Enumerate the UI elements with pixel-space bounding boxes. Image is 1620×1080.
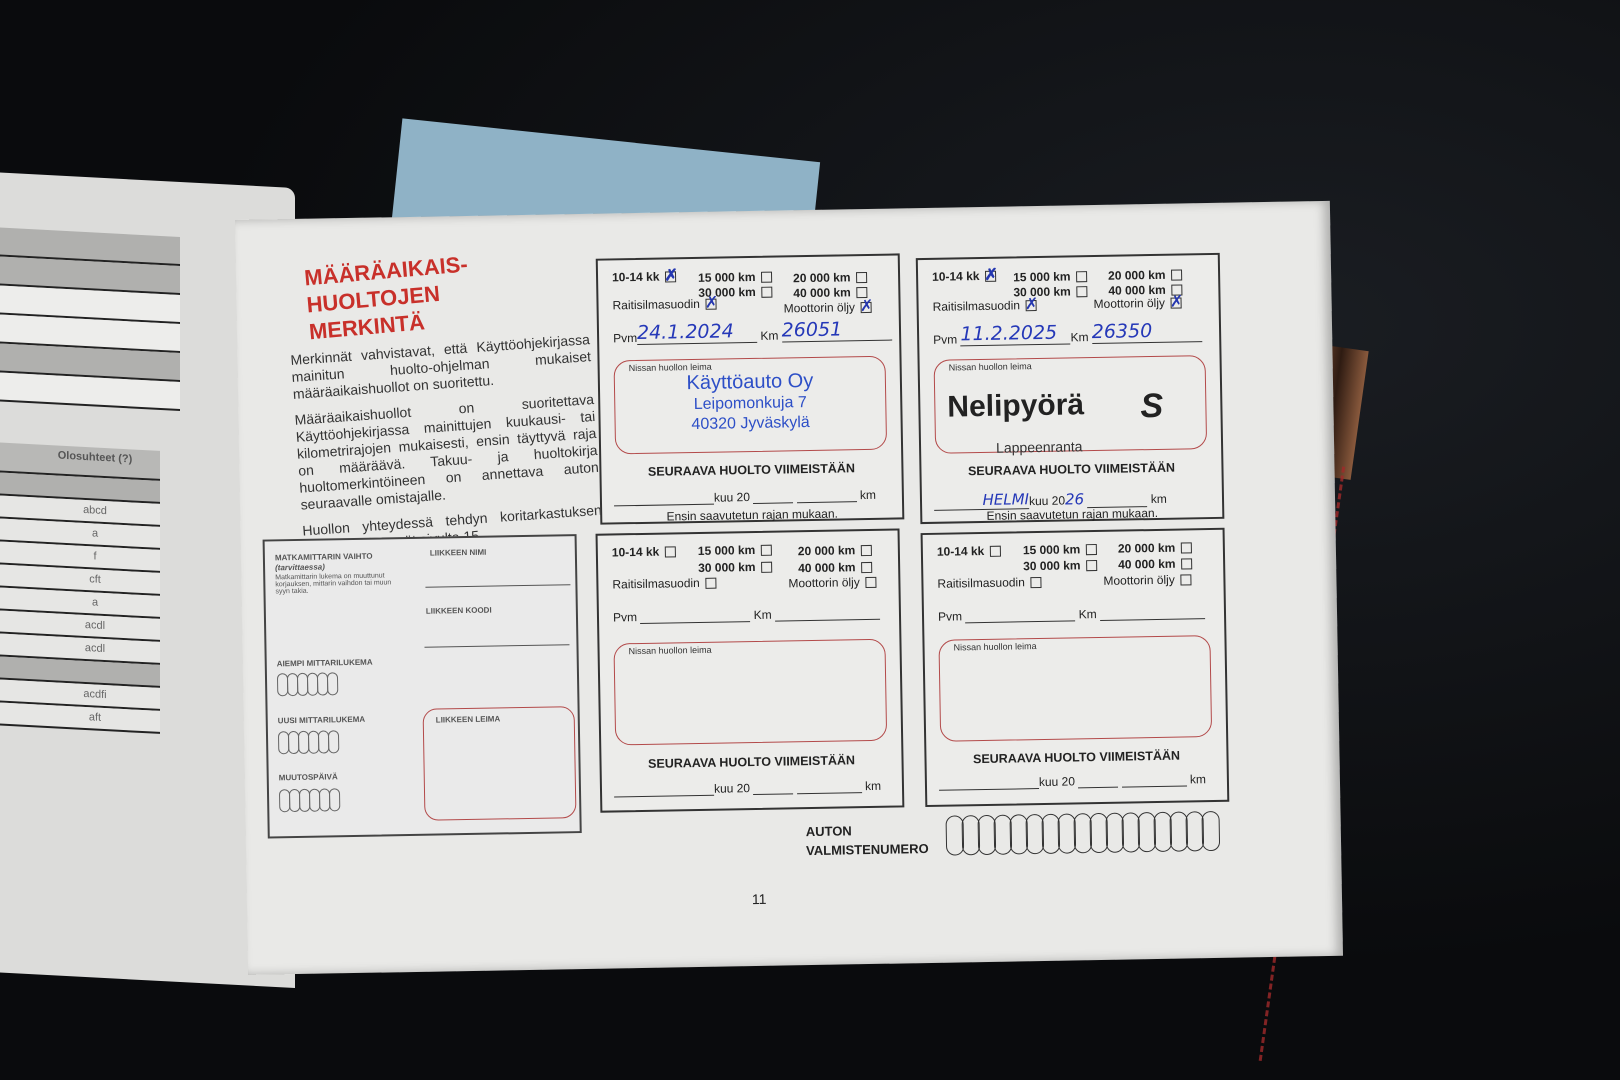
date-field[interactable]: 24.1.2024 bbox=[637, 320, 757, 345]
dealer-stamp: Nissan huollon leima bbox=[613, 639, 887, 746]
date-field[interactable] bbox=[965, 620, 1075, 623]
checkbox-oil[interactable] bbox=[1181, 575, 1192, 586]
dealer-stamp: Nissan huollon leima Käyttöauto Oy Leipo… bbox=[614, 356, 888, 455]
page-number: 11 bbox=[752, 891, 767, 907]
checkbox-air-filter[interactable] bbox=[706, 578, 717, 589]
dealer-stamp: Nissan huollon leima Nelipyörä S Lappeen… bbox=[934, 355, 1208, 454]
service-card-3: 10-14 kk 15 000 km 30 000 km 20 000 km 4… bbox=[596, 528, 905, 812]
odometer-digits-previous bbox=[277, 672, 337, 696]
next-year-field[interactable]: 26 bbox=[1065, 490, 1084, 508]
km-field[interactable] bbox=[775, 619, 880, 622]
checkbox-oil[interactable] bbox=[861, 302, 872, 313]
checkbox-months[interactable] bbox=[665, 547, 676, 558]
vin-digit-boxes bbox=[946, 811, 1219, 856]
checkbox-months[interactable] bbox=[990, 546, 1001, 557]
checkbox-air-filter[interactable] bbox=[1031, 577, 1042, 588]
left-table-bottom: Olosuhteet (?) abcd a f cft a acdl acdl … bbox=[0, 442, 160, 734]
right-page: MÄÄRÄAIKAIS- HUOLTOJEN MERKINTÄ Merkinnä… bbox=[235, 201, 1343, 975]
shop-stamp-box: LIIKKEEN LEIMA bbox=[423, 706, 577, 821]
checkbox-oil[interactable] bbox=[1171, 298, 1182, 309]
checkbox-oil[interactable] bbox=[866, 577, 877, 588]
odometer-digits-new bbox=[278, 730, 338, 754]
checkbox-months[interactable] bbox=[985, 271, 996, 282]
service-card-1: 10-14 kk 15 000 km 30 000 km 20 000 km 4… bbox=[596, 253, 905, 524]
checkbox-air-filter[interactable] bbox=[706, 299, 717, 310]
dealer-logo-icon: S bbox=[1140, 387, 1163, 426]
page-title: MÄÄRÄAIKAIS- HUOLTOJEN MERKINTÄ bbox=[303, 250, 473, 345]
km-field[interactable]: 26350 bbox=[1092, 319, 1202, 344]
intro-text: Merkinnät vahvistavat, että Käyttöohjeki… bbox=[290, 331, 604, 565]
change-date-digits bbox=[279, 788, 339, 812]
date-field[interactable] bbox=[640, 621, 750, 624]
service-card-4: 10-14 kk 15 000 km 30 000 km 20 000 km 4… bbox=[921, 528, 1230, 807]
odometer-change-box: MATKAMITTARIN VAIHTO (tarvittaessa) Matk… bbox=[263, 534, 582, 838]
left-table-top bbox=[0, 227, 180, 411]
service-card-2: 10-14 kk 15 000 km 30 000 km 20 000 km 4… bbox=[916, 253, 1225, 524]
km-field[interactable]: 26051 bbox=[782, 318, 892, 343]
vin-label: AUTON VALMISTENUMERO bbox=[806, 820, 929, 860]
checkbox-months[interactable] bbox=[665, 272, 676, 283]
km-field[interactable] bbox=[1100, 618, 1205, 621]
date-field[interactable]: 11.2.2025 bbox=[960, 321, 1070, 346]
dealer-stamp: Nissan huollon leima bbox=[938, 635, 1212, 742]
checkbox-air-filter[interactable] bbox=[1026, 300, 1037, 311]
